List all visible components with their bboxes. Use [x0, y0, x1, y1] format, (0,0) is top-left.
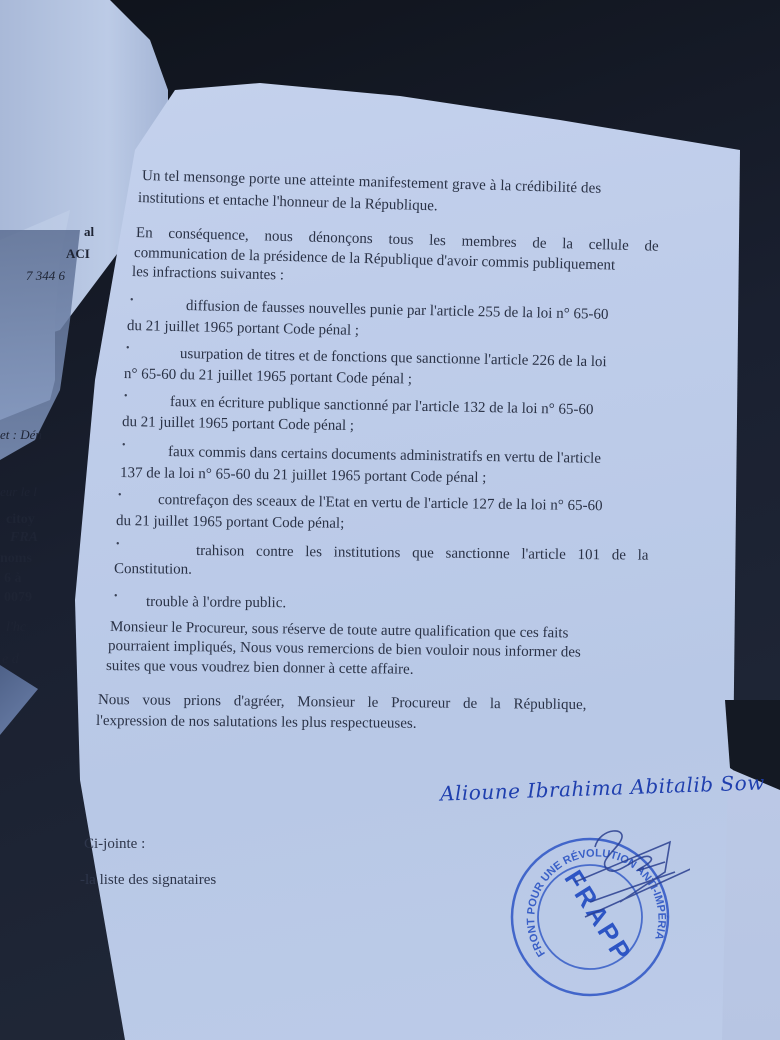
- infraction-line: trahison contre les institutions que san…: [196, 543, 649, 565]
- infraction-line: du 21 juillet 1965 portant Code pénal ;: [127, 318, 359, 340]
- bullet-icon: •: [126, 340, 130, 357]
- infraction-line: du 21 juillet 1965 portant Code pénal ;: [122, 414, 354, 435]
- letter-body: Un tel mensonge porte une atteinte manif…: [0, 0, 780, 1040]
- intro-line: institutions et entache l'honneur de la …: [138, 190, 438, 215]
- bullet-icon: •: [124, 388, 128, 405]
- infraction-line: n° 65-60 du 21 juillet 1965 portant Code…: [124, 366, 412, 389]
- handwritten-signature: Alioune Ibrahima Abitalib Sow: [440, 774, 765, 802]
- infraction-line: du 21 juillet 1965 portant Code pénal;: [116, 513, 344, 533]
- attachments-label: Ci-jointe :: [84, 836, 145, 853]
- bullet-icon: •: [116, 536, 120, 553]
- closing-line: l'expression de nos salutations les plus…: [96, 713, 417, 733]
- infraction-line: contrefaçon des sceaux de l'Etat en vert…: [158, 492, 603, 515]
- closing-line: Nous vous prions d'agréer, Monsieur le P…: [98, 692, 587, 714]
- attachment-item: -la liste des signataires: [80, 872, 216, 889]
- denunciation-line: les infractions suivantes :: [132, 264, 284, 284]
- infraction-line: faux commis dans certains documents admi…: [168, 444, 601, 468]
- infraction-line: Constitution.: [114, 561, 192, 579]
- infraction-line: trouble à l'ordre public.: [146, 594, 286, 612]
- infraction-line: 137 de la loi n° 65-60 du 21 juillet 196…: [120, 465, 487, 487]
- bullet-icon: •: [122, 437, 126, 454]
- bullet-icon: •: [114, 588, 118, 605]
- bullet-icon: •: [118, 487, 122, 504]
- bullet-icon: •: [130, 292, 134, 309]
- organization-stamp: FRONT POUR UNE RÉVOLUTION ANTI-IMPÉRIALI…: [500, 822, 690, 997]
- request-line: suites que vous voudrez bien donner à ce…: [106, 658, 414, 679]
